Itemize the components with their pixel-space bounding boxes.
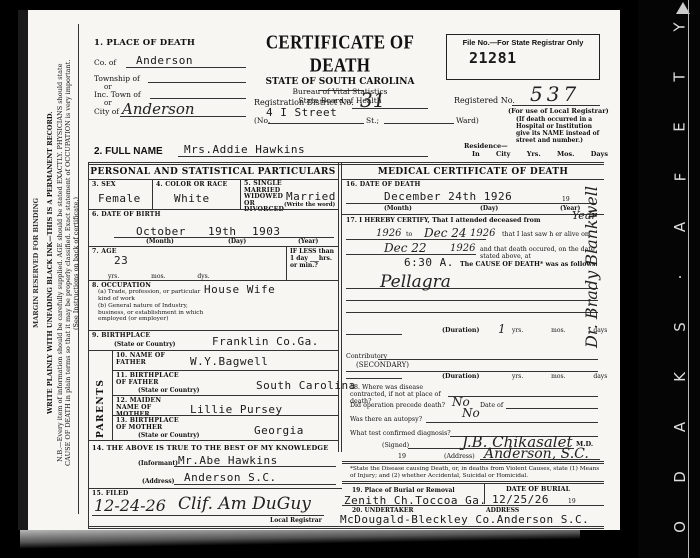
dob-label: 6. DATE OF BIRTH bbox=[92, 211, 161, 218]
day-label: (Day) bbox=[228, 238, 246, 245]
age-label: 7. AGE bbox=[92, 248, 117, 255]
cause-of-death-value: Pellagra bbox=[380, 272, 451, 292]
rule bbox=[384, 123, 454, 124]
yrs-label: yrs. bbox=[512, 373, 523, 380]
rule bbox=[512, 105, 600, 106]
cause-label: The CAUSE OF DEATH* was as follows: bbox=[460, 261, 598, 268]
secondary-label: (SECONDARY) bbox=[356, 361, 409, 369]
rule bbox=[346, 378, 402, 379]
rule bbox=[342, 481, 604, 484]
filed-date: 12-24-26 bbox=[94, 496, 166, 515]
father-birthplace-sub: (State or Country) bbox=[138, 387, 200, 394]
age-mos: mos. bbox=[151, 273, 165, 280]
birthplace-value: Franklin Co.Ga. bbox=[212, 335, 319, 348]
father-name-label: 10. NAME OF FATHER bbox=[116, 352, 176, 366]
marital-note: (Write the word) bbox=[284, 202, 335, 208]
occupation-value: House Wife bbox=[204, 283, 275, 296]
registered-no-note: (For use of Local Registrar) bbox=[508, 107, 609, 115]
rule bbox=[426, 422, 598, 423]
month-label: (Month) bbox=[146, 238, 174, 245]
operation-date-label: Date of bbox=[480, 402, 503, 409]
year-prefix: 19 bbox=[398, 453, 406, 460]
rule bbox=[342, 214, 604, 215]
rule bbox=[88, 440, 338, 441]
rule bbox=[346, 239, 486, 240]
rule bbox=[342, 505, 604, 506]
rule bbox=[346, 203, 596, 204]
margin-stamp: MARGIN RESERVED FOR BINDING bbox=[30, 28, 42, 498]
rule bbox=[174, 466, 336, 467]
duration-label: (Duration) bbox=[442, 327, 479, 334]
residence-label: Residence— bbox=[464, 142, 508, 150]
death-time: 6:30 A. bbox=[404, 256, 454, 269]
rule bbox=[178, 156, 428, 157]
rule bbox=[286, 246, 287, 280]
birthplace-label: 9. BIRTHPLACE bbox=[92, 332, 150, 339]
or-label: or bbox=[104, 99, 112, 107]
place-of-death-label: 1. PLACE OF DEATH bbox=[94, 38, 195, 48]
margin-line: (See Instructions on back of certificate… bbox=[70, 28, 82, 498]
registrar-signature: Clif. Am DuGuy bbox=[178, 494, 311, 514]
age-dys: dys. bbox=[197, 273, 209, 280]
to-label: to bbox=[406, 231, 412, 238]
informant-address-value: Anderson S.C. bbox=[184, 471, 277, 484]
film-edge: O D A K S · A F E T Y bbox=[638, 0, 700, 558]
state-name: STATE OF SOUTH CAROLINA bbox=[254, 77, 426, 87]
mother-birthplace-label: 13. BIRTHPLACE OF MOTHER bbox=[116, 417, 186, 431]
days-label: Days bbox=[591, 150, 608, 158]
film-letter: D bbox=[671, 471, 689, 483]
column-divider bbox=[338, 162, 339, 452]
registered-no-label: Registered No. bbox=[454, 96, 515, 105]
duration-value: 1 bbox=[498, 322, 506, 336]
medical-section-header: MEDICAL CERTIFICATE OF DEATH bbox=[342, 167, 604, 177]
rule bbox=[318, 90, 364, 91]
residence-fields: In City Yrs. Mos. Days bbox=[472, 150, 608, 158]
certify-label: 17. I HEREBY CERTIFY, That I attended de… bbox=[346, 217, 541, 224]
rule bbox=[88, 488, 342, 489]
last-saw-label: that I last saw h er alive on bbox=[502, 231, 589, 238]
footnote: *State the Disease causing Death, or, in… bbox=[350, 466, 604, 479]
rule bbox=[112, 415, 338, 416]
occupation-label: 8. OCCUPATION bbox=[92, 282, 151, 289]
father-name-value: W.Y.Bagwell bbox=[190, 355, 268, 368]
film-letter: A bbox=[671, 422, 689, 432]
mother-birthplace-value: Georgia bbox=[254, 424, 304, 437]
section-rule bbox=[88, 162, 604, 165]
yrs-label: Yrs. bbox=[527, 150, 541, 158]
year-label: (Year) bbox=[298, 238, 318, 245]
film-letter: A bbox=[671, 222, 689, 232]
duration-label: (Duration) bbox=[442, 373, 479, 380]
informant-address-label: (Address) bbox=[142, 478, 174, 485]
burial-date-label: DATE OF BURIAL bbox=[506, 485, 570, 493]
rule bbox=[480, 459, 600, 460]
column-divider bbox=[341, 162, 342, 452]
rule bbox=[506, 408, 598, 409]
sex-label: 3. SEX bbox=[92, 181, 116, 188]
occupation-b: (b) General nature of Industry, business… bbox=[98, 303, 214, 323]
date-of-death-label: 16. DATE OF DEATH bbox=[346, 181, 421, 188]
attended-to-year: 1926 bbox=[470, 228, 495, 239]
rule bbox=[112, 395, 338, 396]
attended-from-year: 1926 bbox=[376, 228, 401, 239]
rule bbox=[88, 209, 338, 210]
ward-label: Ward) bbox=[456, 116, 479, 125]
rule bbox=[152, 179, 153, 209]
signed-label: (Signed) bbox=[382, 442, 409, 449]
autopsy-label: Was there an autopsy? bbox=[350, 416, 422, 423]
mos-label: mos. bbox=[551, 327, 565, 334]
film-letter: K bbox=[671, 372, 689, 382]
informant-label: (Informant) bbox=[138, 460, 178, 467]
attended-to: Dec 24 bbox=[424, 226, 467, 240]
burial-place-label: 19. Place of Burial or Removal bbox=[352, 487, 455, 494]
street-value: 4 I Street bbox=[266, 106, 337, 119]
certificate-form: 1. PLACE OF DEATH Co. of Anderson Townsh… bbox=[88, 28, 628, 528]
rule bbox=[112, 370, 338, 371]
day-label: (Day) bbox=[480, 205, 498, 212]
race-label: 4. COLOR OR RACE bbox=[156, 181, 227, 188]
rule bbox=[268, 123, 364, 124]
file-number-value: 21281 bbox=[469, 49, 599, 67]
inc-town-label: Inc. Town of bbox=[94, 90, 141, 99]
county-label: Co. of bbox=[94, 58, 116, 67]
rule bbox=[342, 179, 604, 180]
parents-label: PARENTS bbox=[96, 368, 106, 438]
rule bbox=[346, 288, 598, 289]
in-city-label: In City bbox=[472, 150, 510, 158]
film-letter: T bbox=[671, 72, 689, 81]
margin-rule bbox=[78, 24, 79, 514]
film-letter: · bbox=[671, 275, 689, 280]
age-yrs: yrs. bbox=[108, 273, 119, 280]
yrs-label: yrs. bbox=[512, 327, 523, 334]
autopsy-value: No bbox=[462, 406, 480, 420]
operation-label: Did operation precede death? bbox=[350, 402, 445, 409]
rule bbox=[88, 162, 89, 528]
rule bbox=[126, 67, 246, 68]
rule bbox=[240, 179, 241, 209]
last-saw-year: 1926 bbox=[450, 243, 475, 254]
street-suffix: St.; bbox=[366, 116, 379, 125]
mos-label: Mos. bbox=[557, 150, 574, 158]
mos-label: mos. bbox=[551, 373, 565, 380]
rule bbox=[88, 179, 338, 180]
bottom-rule bbox=[88, 526, 604, 529]
father-birthplace-label: 11. BIRTHPLACE OF FATHER bbox=[116, 372, 186, 386]
date-of-death-value: December 24th 1926 bbox=[384, 190, 512, 203]
year-prefix: 19 bbox=[568, 498, 576, 505]
age-value: 23 bbox=[114, 254, 128, 267]
rule bbox=[346, 334, 402, 335]
full-name-value: Mrs.Addie Hawkins bbox=[184, 143, 305, 156]
film-letter: F bbox=[671, 173, 689, 182]
certificate-paper: MARGIN RESERVED FOR BINDING WRITE PLAINL… bbox=[18, 10, 620, 530]
film-letter: S bbox=[671, 322, 689, 332]
side-signature: Dr. Brady Blankwell bbox=[582, 198, 601, 348]
hospital-note: (If death occurred in a Hospital or Inst… bbox=[516, 116, 602, 144]
file-number-box: File No.—For State Registrar Only 21281 bbox=[446, 34, 600, 80]
film-letter: Y bbox=[671, 22, 689, 31]
birthplace-sub: (State or Country) bbox=[114, 341, 176, 348]
rule bbox=[88, 246, 338, 247]
test-label: What test confirmed diagnosis? bbox=[350, 430, 451, 437]
file-number-label: File No.—For State Registrar Only bbox=[447, 38, 599, 47]
year-prefix: 19 bbox=[562, 196, 570, 203]
rule bbox=[342, 461, 604, 464]
title-block: CERTIFICATE OF DEATH STATE OF SOUTH CARO… bbox=[254, 34, 426, 105]
informant-certification-label: 14. THE ABOVE IS TRUE TO THE BEST OF MY … bbox=[92, 444, 328, 452]
margin-instructions: MARGIN RESERVED FOR BINDING WRITE PLAINL… bbox=[30, 28, 74, 498]
certificate-title: CERTIFICATE OF DEATH bbox=[254, 31, 426, 77]
film-letter: O bbox=[671, 521, 689, 533]
township-label: Township of bbox=[94, 74, 140, 83]
duration-units: yrs. mos. days bbox=[512, 373, 607, 380]
registrar-label: Local Registrar bbox=[270, 517, 322, 524]
rule bbox=[378, 359, 598, 360]
race-value: White bbox=[174, 192, 210, 205]
rule bbox=[120, 116, 246, 117]
rule bbox=[174, 484, 336, 485]
days-label: days bbox=[593, 373, 607, 380]
occupation-a: (a) Trade, profession, or particular kin… bbox=[98, 289, 208, 302]
father-birthplace-value: South Carolina bbox=[256, 379, 356, 392]
rule bbox=[88, 350, 338, 351]
if-less-note: IF LESS than 1 day ___hrs. or min.? bbox=[290, 248, 336, 269]
rule bbox=[148, 82, 246, 83]
age-units: yrs. mos. dys. bbox=[108, 273, 210, 280]
rule bbox=[150, 98, 246, 99]
bureau-name: Bureau of Vital Statistics bbox=[254, 87, 426, 96]
rule bbox=[352, 108, 428, 109]
undertaker-value: McDougald-Bleckley Co.Anderson S.C. bbox=[340, 513, 589, 526]
rule bbox=[346, 371, 598, 372]
rule bbox=[448, 396, 598, 397]
rule bbox=[346, 300, 598, 301]
month-label: (Month) bbox=[384, 205, 412, 212]
rule bbox=[346, 254, 476, 255]
rule bbox=[346, 312, 598, 313]
full-name-label: 2. FULL NAME bbox=[94, 146, 163, 157]
film-letter: E bbox=[671, 122, 689, 131]
last-saw-date: Dec 22 bbox=[384, 241, 427, 255]
mother-birthplace-sub: (State or Country) bbox=[138, 432, 200, 439]
sex-value: Female bbox=[98, 192, 141, 205]
personal-section-header: PERSONAL AND STATISTICAL PARTICULARS bbox=[88, 167, 338, 177]
rule bbox=[88, 280, 338, 281]
rule bbox=[92, 515, 324, 516]
film-edge-text: O D A K S · A F E T Y bbox=[672, 0, 688, 558]
rule bbox=[88, 330, 338, 331]
city-label: City of bbox=[94, 107, 119, 116]
registered-no-value: 537 bbox=[530, 82, 580, 106]
county-value: Anderson bbox=[136, 54, 193, 67]
physician-address-label: (Address) bbox=[444, 453, 475, 460]
